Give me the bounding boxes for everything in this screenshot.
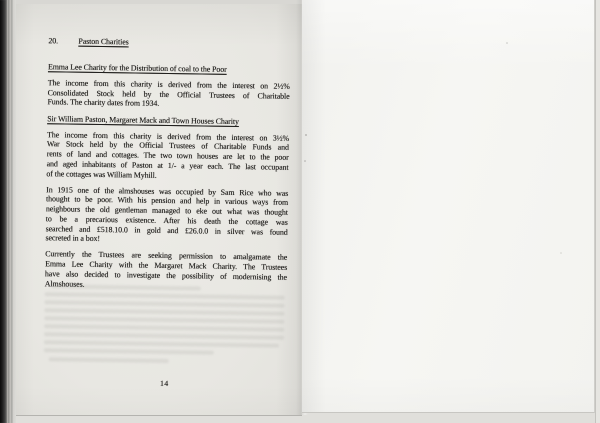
bleedthrough-line [51,284,201,290]
right-page-edge [595,0,600,423]
book-binding-edge [0,0,7,423]
paragraph: The income from this charity is derived … [47,78,289,111]
right-page-blank [302,0,595,413]
dust-speck [506,42,508,44]
book-scan: 20. Paston Charities Emma Lee Charity fo… [0,0,600,423]
dust-speck [305,134,307,136]
bleedthrough-line [44,348,214,355]
section-header: 20. Paston Charities [48,36,290,49]
left-page-blocks: Emma Lee Charity for the Distribution of… [45,62,290,292]
charity-heading: Emma Lee Charity for the Distribution of… [48,62,290,75]
section-title: Paston Charities [78,37,128,47]
bleedthrough-line [44,316,284,324]
page-edge-stack [7,0,16,423]
bleedthrough-line [45,300,285,308]
bleedthrough-line [45,292,285,300]
bleedthrough-line [49,357,169,363]
left-page-text: 20. Paston Charities Emma Lee Charity fo… [43,36,290,412]
section-number: 20. [48,36,78,46]
dust-speck [560,252,562,254]
bleedthrough-line [44,324,284,332]
left-page: 20. Paston Charities Emma Lee Charity fo… [16,4,302,416]
bleedthrough-line [44,308,284,316]
dust-speck [304,160,306,162]
bleedthrough-text [43,284,287,412]
paragraph: In 1915 one of the almshouses was occupi… [45,185,288,247]
bleedthrough-line [44,332,284,340]
bleedthrough-line [44,340,279,348]
charity-heading: Sir William Paston, Margaret Mack and To… [47,114,289,127]
paragraph: The income from this charity is derived … [46,130,289,182]
